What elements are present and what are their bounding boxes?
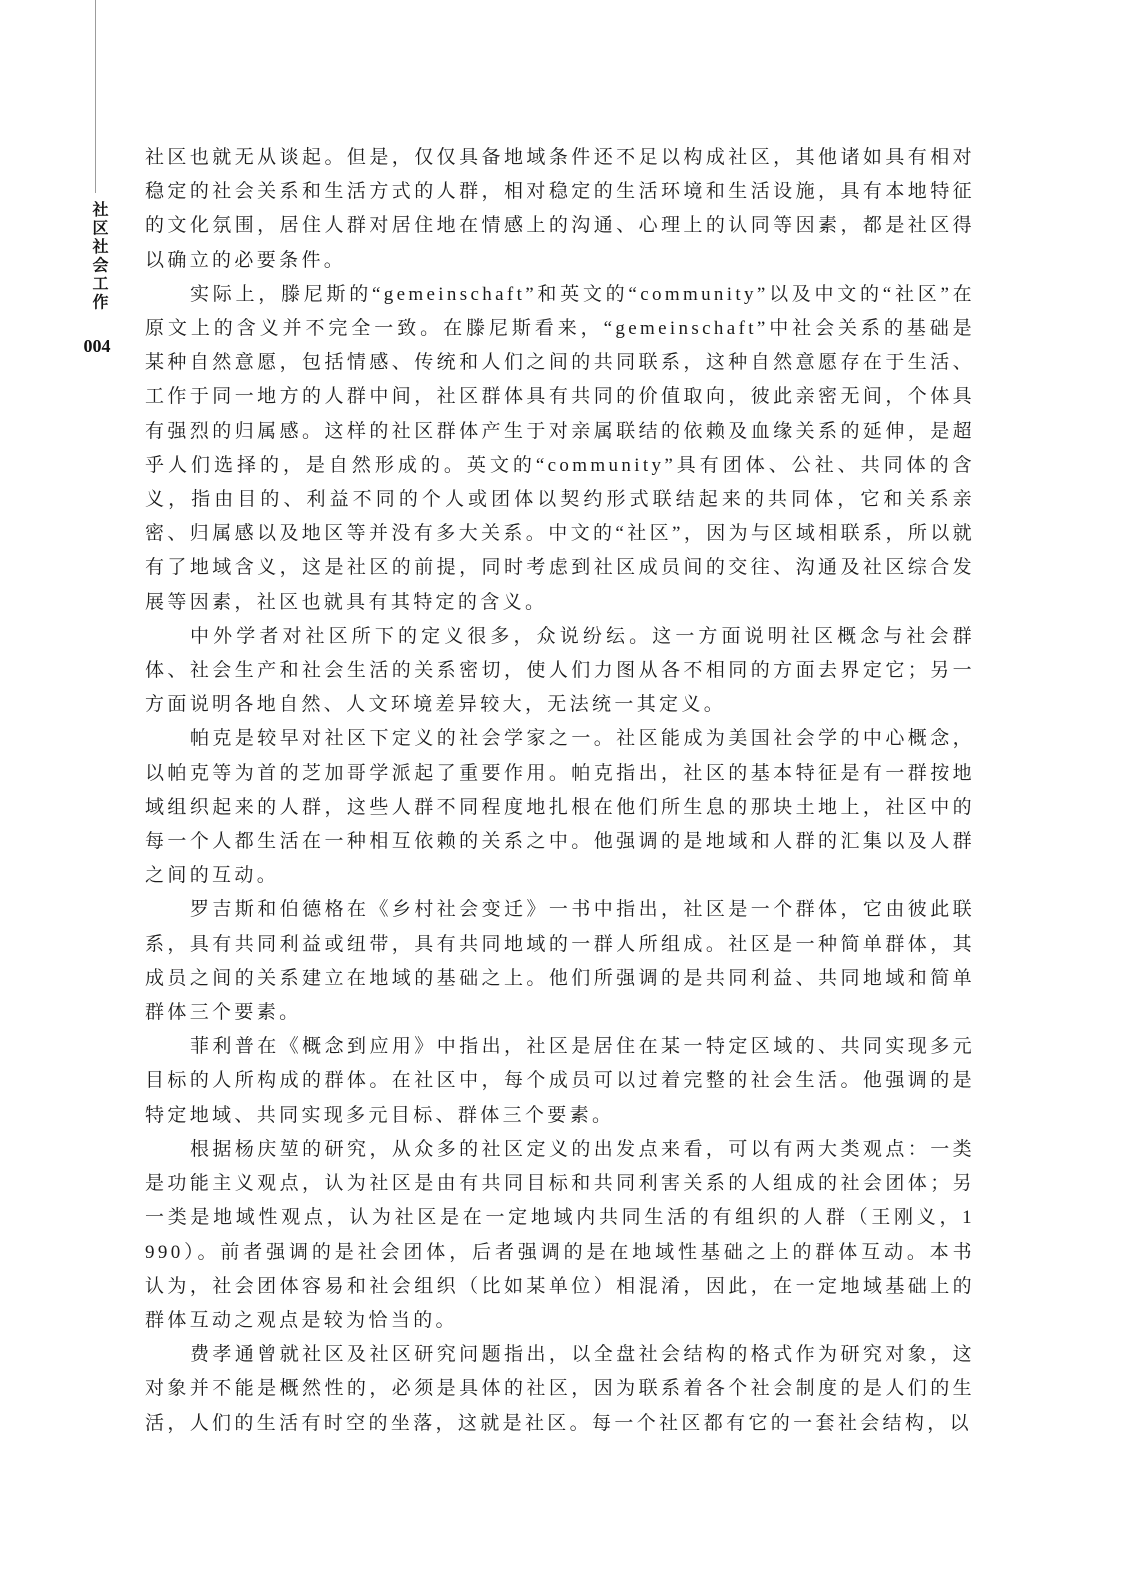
paragraph: 社区也就无从谈起。但是，仅仅具备地域条件还不足以构成社区，其他诸如具有相对稳定的… — [145, 141, 975, 278]
paragraph: 实际上，滕尼斯的“gemeinschaft”和英文的“community”以及中… — [145, 278, 975, 620]
paragraph: 罗吉斯和伯德格在《乡村社会变迁》一书中指出，社区是一个群体，它由彼此联系，具有共… — [145, 893, 975, 1030]
paragraph: 中外学者对社区所下的定义很多，众说纷纭。这一方面说明社区概念与社会群体、社会生产… — [145, 620, 975, 723]
book-page: 社区社会工作 004 社区也就无从谈起。但是，仅仅具备地域条件还不足以构成社区，… — [0, 0, 1127, 1570]
page-body-text: 社区也就无从谈起。但是，仅仅具备地域条件还不足以构成社区，其他诸如具有相对稳定的… — [145, 141, 975, 1441]
paragraph: 帕克是较早对社区下定义的社会学家之一。社区能成为美国社会学的中心概念，以帕克等为… — [145, 722, 975, 893]
paragraph: 根据杨庆堃的研究，从众多的社区定义的出发点来看，可以有两大类观点：一类是功能主义… — [145, 1133, 975, 1338]
book-title-vertical: 社区社会工作 — [87, 201, 109, 312]
page-number: 004 — [72, 336, 122, 357]
paragraph: 费孝通曾就社区及社区研究问题指出，以全盘社会结构的格式作为研究对象，这对象并不能… — [145, 1338, 975, 1441]
sidebar-rule-divider — [95, 0, 96, 193]
paragraph: 菲利普在《概念到应用》中指出，社区是居住在某一特定区域的、共同实现多元目标的人所… — [145, 1030, 975, 1133]
